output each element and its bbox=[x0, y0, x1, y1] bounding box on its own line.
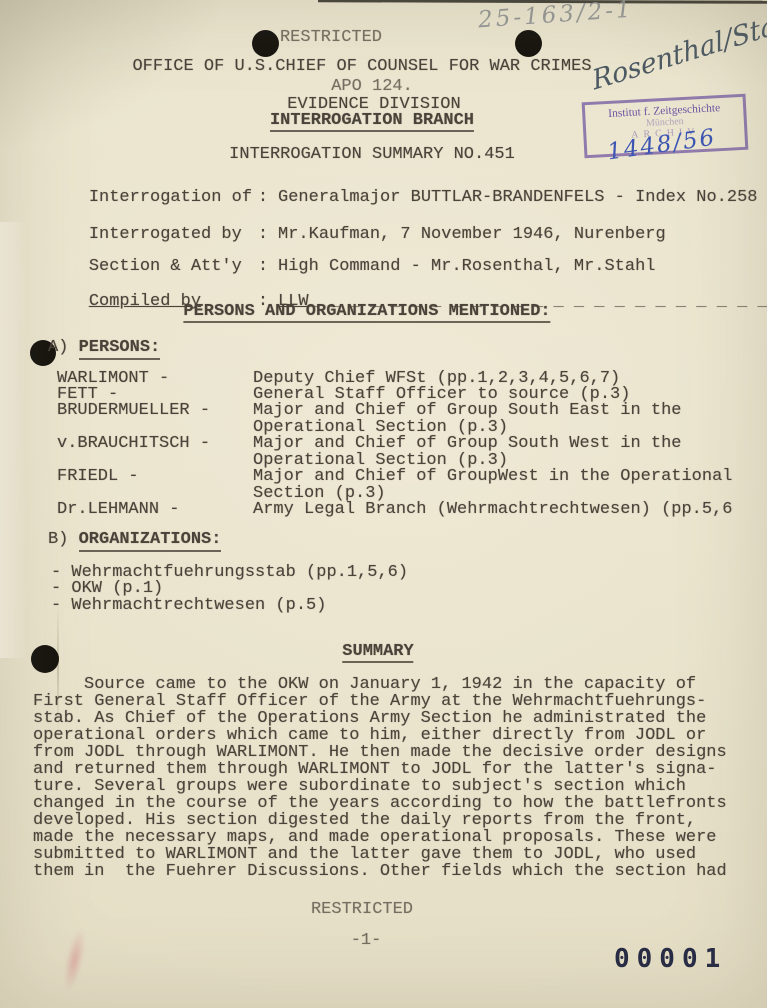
person-description: Major and Chief of Group South West in t… bbox=[253, 435, 681, 452]
organizations-subheading-prefix: B) bbox=[48, 530, 79, 549]
persons-subheading: A) PERSONS: bbox=[48, 339, 160, 356]
office-line: OFFICE OF U.S.CHIEF OF COUNSEL FOR WAR C… bbox=[132, 58, 591, 75]
person-name: Dr.LEHMANN - bbox=[57, 501, 179, 518]
person-description: Major and Chief of Group South East in t… bbox=[253, 402, 681, 419]
person-name: FRIEDL - bbox=[57, 468, 139, 485]
summary-line: made the necessary maps, and made operat… bbox=[33, 829, 717, 846]
branch-line: INTERROGATION BRANCH bbox=[270, 112, 474, 132]
classification-header: RESTRICTED bbox=[280, 29, 382, 46]
page-number: -1- bbox=[351, 932, 382, 949]
person-name: v.BRAUCHITSCH - bbox=[57, 435, 210, 452]
summary-line: stab. As Chief of the Operations Army Se… bbox=[33, 710, 706, 727]
persons-subheading-label: PERSONS: bbox=[79, 338, 161, 360]
summary-line: changed in the course of the years accor… bbox=[33, 795, 727, 812]
summary-line: submitted to WARLIMONT and the latter ga… bbox=[33, 846, 696, 863]
person-description: Major and Chief of GroupWest in the Oper… bbox=[253, 468, 732, 485]
summary-line: operational orders which came to him, ei… bbox=[33, 727, 706, 744]
paper-edge-strip bbox=[0, 222, 26, 658]
person-description: Army Legal Branch (Wehrmachtrechtwesen) … bbox=[253, 501, 732, 518]
summary-line: ture. Several groups were subordinate to… bbox=[33, 778, 686, 795]
organization-item: - OKW (p.1) bbox=[51, 580, 163, 597]
summary-line: them in the Fuehrer Discussions. Other f… bbox=[33, 863, 727, 880]
punch-hole-top-left bbox=[252, 30, 279, 57]
organizations-subheading: B) ORGANIZATIONS: bbox=[48, 531, 221, 548]
summary-line: developed. His section digested the dail… bbox=[33, 812, 696, 829]
scanned-document-page: 25-163/2-1 Rosenthal/Stahl Institut f. Z… bbox=[0, 0, 767, 1008]
persons-subheading-prefix: A) bbox=[48, 338, 79, 357]
summary-line: First General Staff Officer of the Army … bbox=[33, 693, 706, 710]
classification-footer: RESTRICTED bbox=[311, 901, 413, 918]
meta-label: Section & Att'y bbox=[89, 258, 258, 275]
pencil-reference-number: 25-163/2-1 bbox=[477, 0, 634, 33]
meta-value: High Command - Mr.Rosenthal, Mr.Stahl bbox=[278, 257, 655, 276]
punch-hole-top-right bbox=[515, 30, 542, 57]
summary-line: and returned them through WARLIMONT to J… bbox=[33, 761, 717, 778]
person-name: BRUDERMUELLER - bbox=[57, 402, 210, 419]
summary-line: from JODL through WARLIMONT. He then mad… bbox=[33, 744, 727, 761]
organizations-subheading-label: ORGANIZATIONS: bbox=[79, 530, 222, 552]
punch-hole-left-lower bbox=[31, 645, 59, 673]
document-title: INTERROGATION SUMMARY NO.451 bbox=[229, 146, 515, 163]
summary-line: Source came to the OKW on January 1, 194… bbox=[33, 676, 696, 693]
document-serial-stamp: 00001 bbox=[614, 944, 727, 974]
pink-smudge-mark bbox=[60, 927, 90, 993]
summary-heading: SUMMARY bbox=[342, 643, 413, 663]
mentioned-heading: PERSONS AND ORGANIZATIONS MENTIONED: bbox=[183, 303, 550, 323]
meta-colon: : bbox=[258, 188, 268, 207]
meta-label: Interrogation of bbox=[89, 189, 258, 206]
apo-line: APO 124. bbox=[331, 78, 413, 95]
organization-item: - Wehrmachtrechtwesen (p.5) bbox=[51, 597, 326, 614]
meta-colon: : bbox=[258, 257, 268, 276]
meta-value: Generalmajor BUTTLAR-BRANDENFELS - Index… bbox=[278, 188, 757, 207]
